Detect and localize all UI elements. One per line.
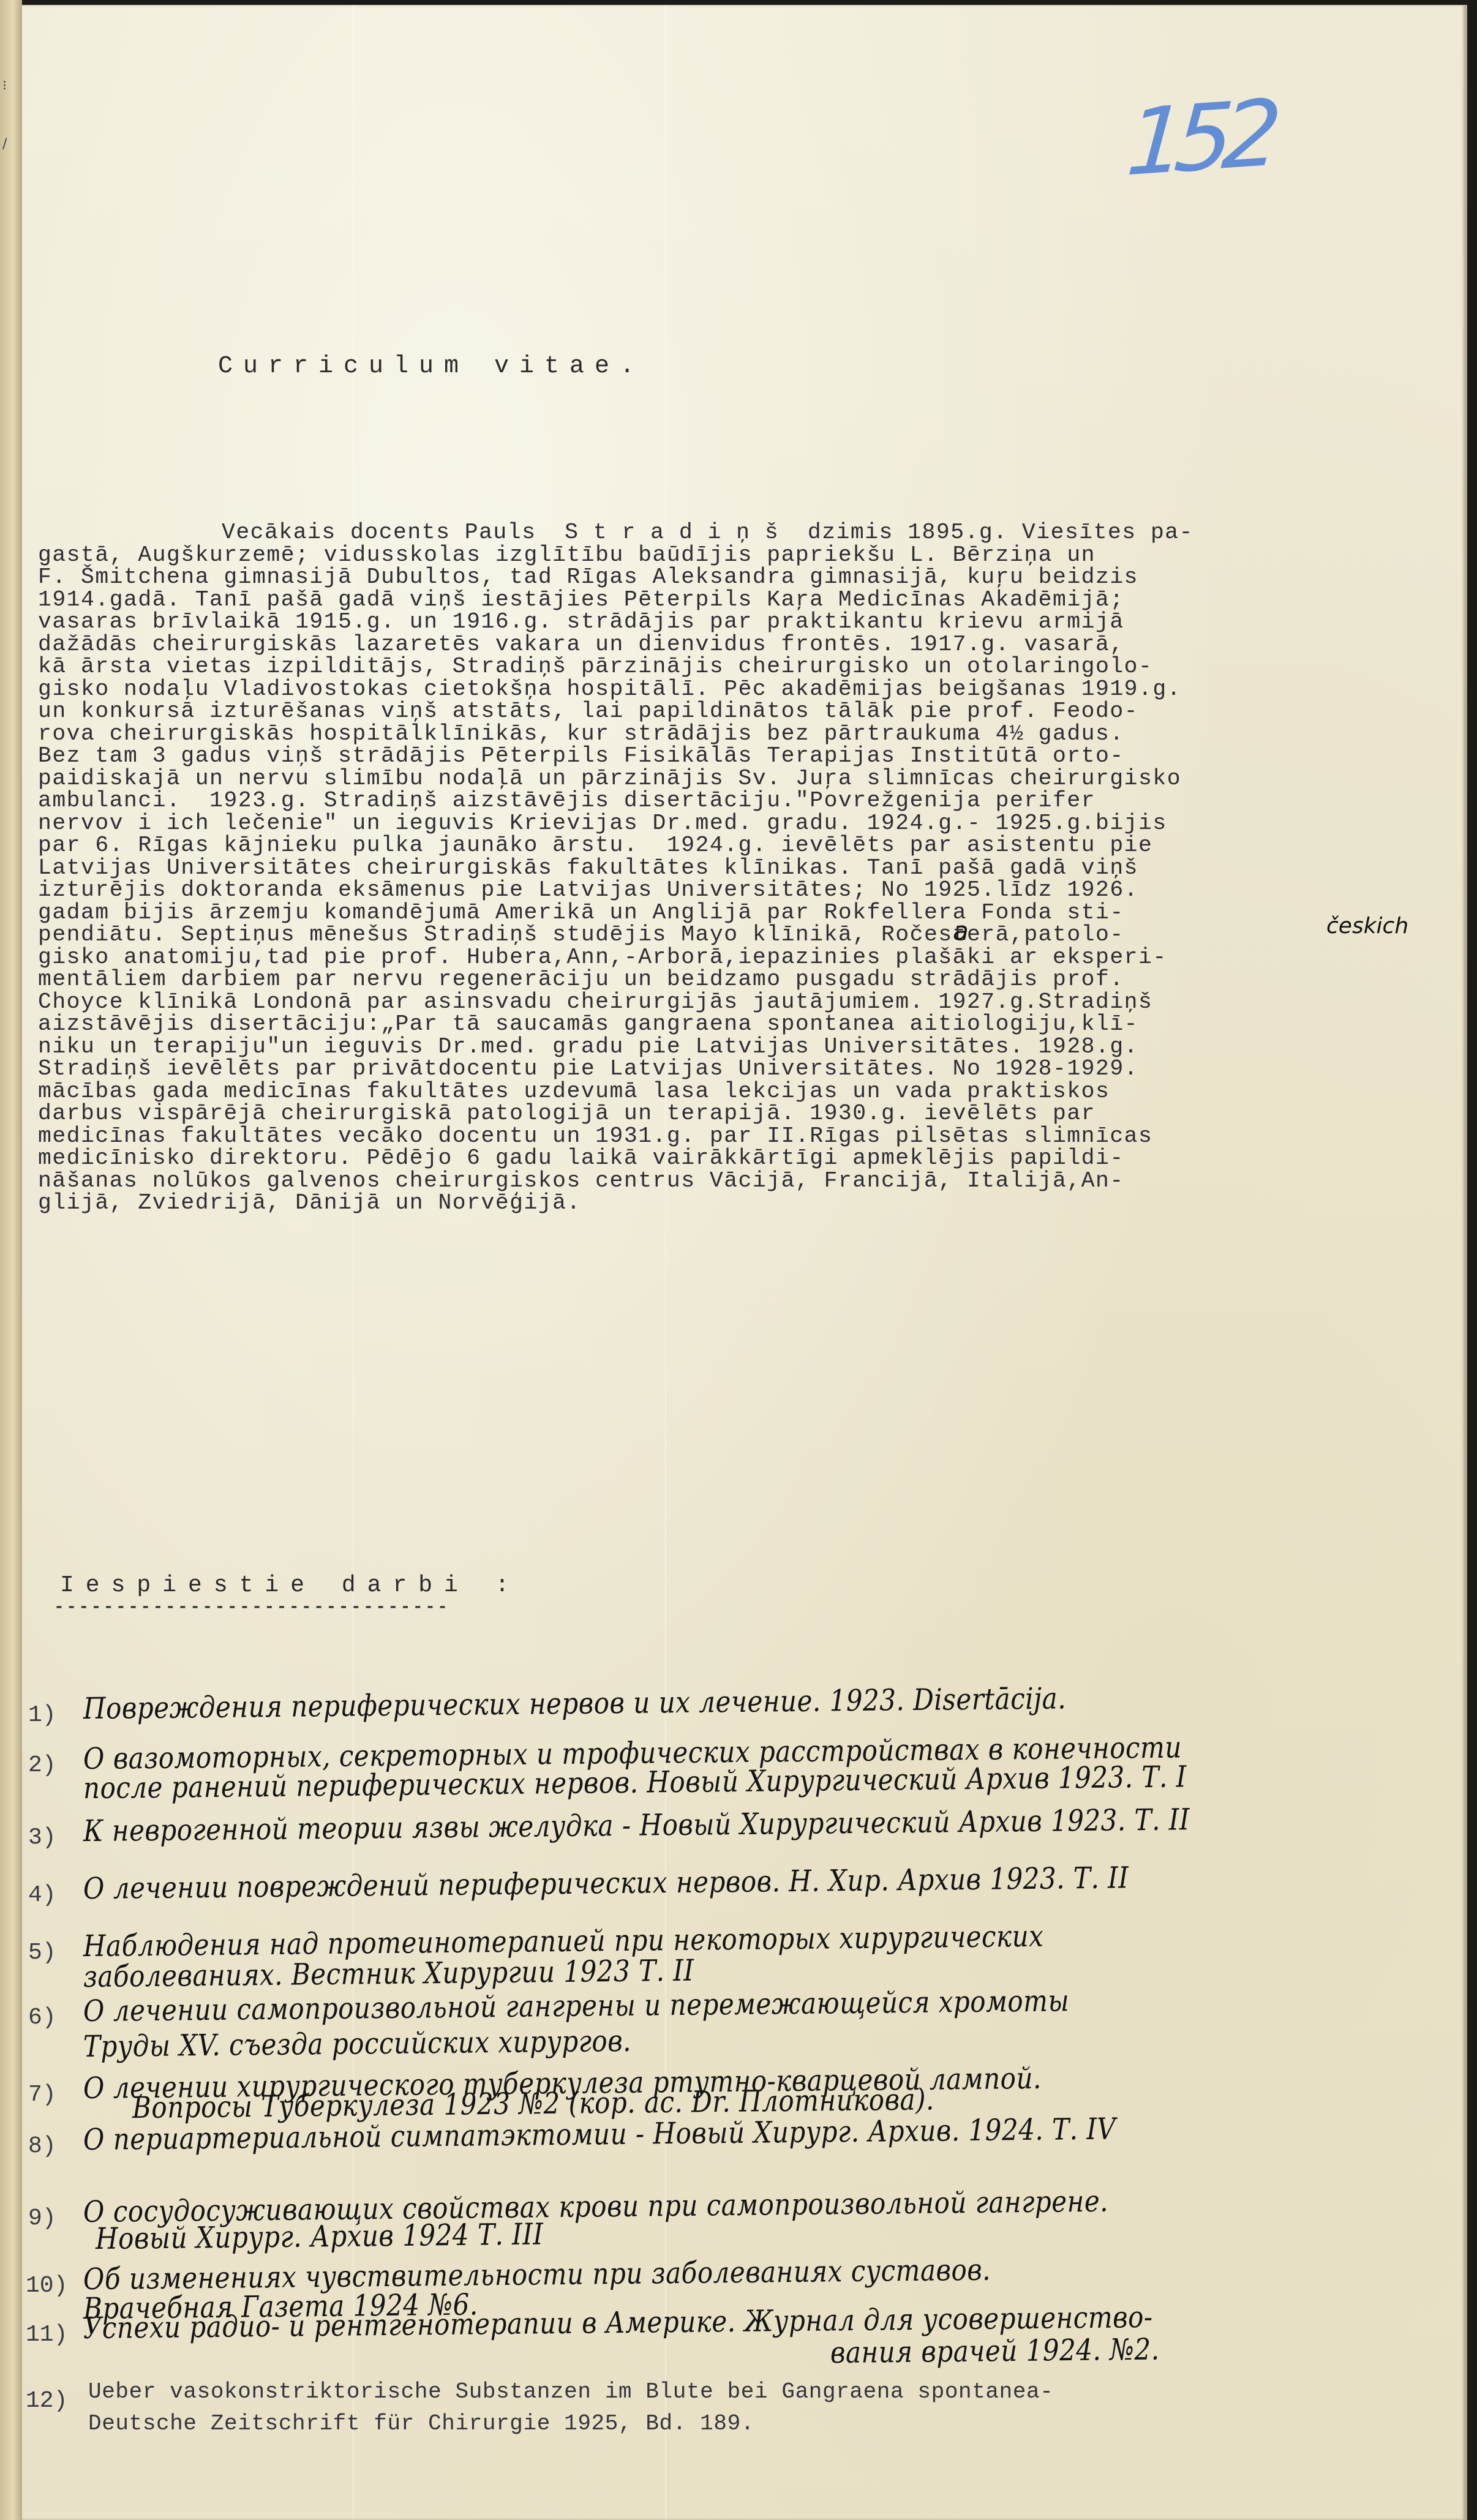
publication-handwritten-line: Новый Хирург. Архив 1924 Т. III	[96, 2217, 544, 2256]
publication-typed-line: Deutsche Zeitschrift für Chirurgie 1925,…	[88, 2411, 754, 2436]
publications-list: 1)Повреждения периферических нервов и их…	[22, 5, 1467, 2520]
publication-handwritten-line: вания врачей 1924. №2.	[830, 2332, 1160, 2370]
publication-number: 3)	[28, 1824, 56, 1851]
publication-number: 1)	[28, 1702, 56, 1728]
publication-number: 11)	[26, 2322, 67, 2348]
publication-typed-line: Ueber vasokonstriktorische Substanzen im…	[88, 2379, 1053, 2404]
publication-number: 12)	[26, 2388, 67, 2414]
publication-number: 5)	[28, 1940, 56, 1966]
publication-handwritten-line: Труды XV. съезда российских хирургов.	[83, 2023, 632, 2064]
publication-handwritten-line: К неврогенной теории язвы желудка - Новы…	[83, 1802, 1190, 1848]
publication-number: 7)	[28, 2082, 56, 2108]
publication-handwritten-line: Повреждения периферических нервов и их л…	[83, 1681, 1067, 1726]
binding-strip: ⁝ /	[0, 0, 22, 2520]
publication-handwritten-line: О лечении повреждений периферических нер…	[83, 1860, 1129, 1905]
publication-number: 6)	[28, 2004, 56, 2031]
publication-number: 4)	[28, 1882, 56, 1908]
publication-number: 2)	[28, 1752, 56, 1779]
publication-number: 10)	[26, 2273, 67, 2299]
binding-mark: ⁝	[2, 80, 7, 93]
publication-number: 8)	[28, 2133, 56, 2159]
binding-mark: /	[2, 138, 7, 151]
publication-number: 9)	[28, 2205, 56, 2232]
document-page: 152 Curriculum vitae. Vecākais docents P…	[22, 5, 1467, 2520]
